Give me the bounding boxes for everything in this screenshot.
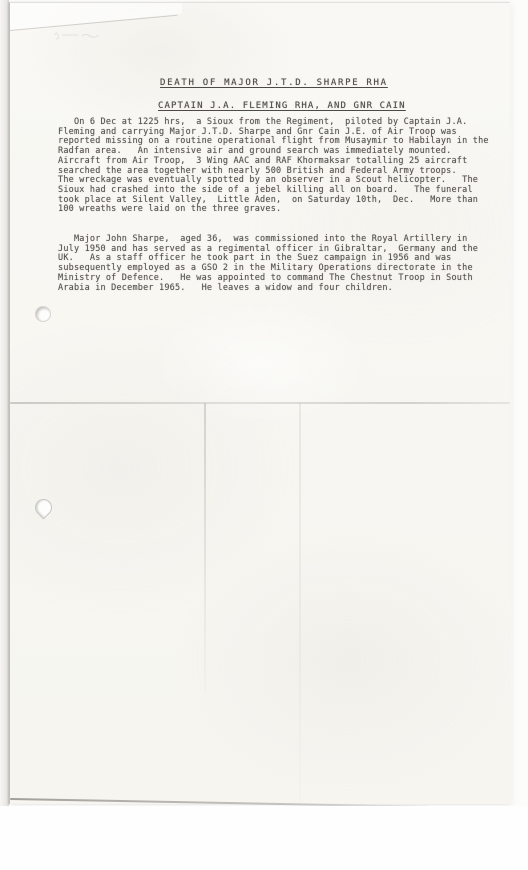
document-title-line2: CAPTAIN J.A. FLEMING RHA, AND GNR CAIN bbox=[158, 101, 406, 111]
scan-bottom-margin bbox=[0, 806, 528, 870]
paragraph-obituary: Major John Sharpe, aged 36, was commissi… bbox=[58, 235, 478, 293]
vertical-fold-crease-right bbox=[299, 403, 301, 803]
vertical-fold-crease-left bbox=[204, 403, 206, 693]
pencil-scribble-icon bbox=[52, 28, 116, 42]
document-page: DEATH OF MAJOR J.T.D. SHARPE RHA CAPTAIN… bbox=[9, 2, 510, 804]
punch-hole-bottom bbox=[31, 495, 55, 519]
horizontal-fold-crease bbox=[10, 402, 510, 404]
document-title-line1: DEATH OF MAJOR J.T.D. SHARPE RHA bbox=[160, 78, 388, 88]
paragraph-crash-report: On 6 Dec at 1225 hrs, a Sioux from the R… bbox=[58, 118, 489, 215]
pencil-annotation bbox=[52, 27, 116, 41]
scan-background: DEATH OF MAJOR J.T.D. SHARPE RHA CAPTAIN… bbox=[0, 0, 528, 870]
punch-hole-top bbox=[35, 306, 51, 322]
scan-left-edge bbox=[0, 0, 9, 806]
